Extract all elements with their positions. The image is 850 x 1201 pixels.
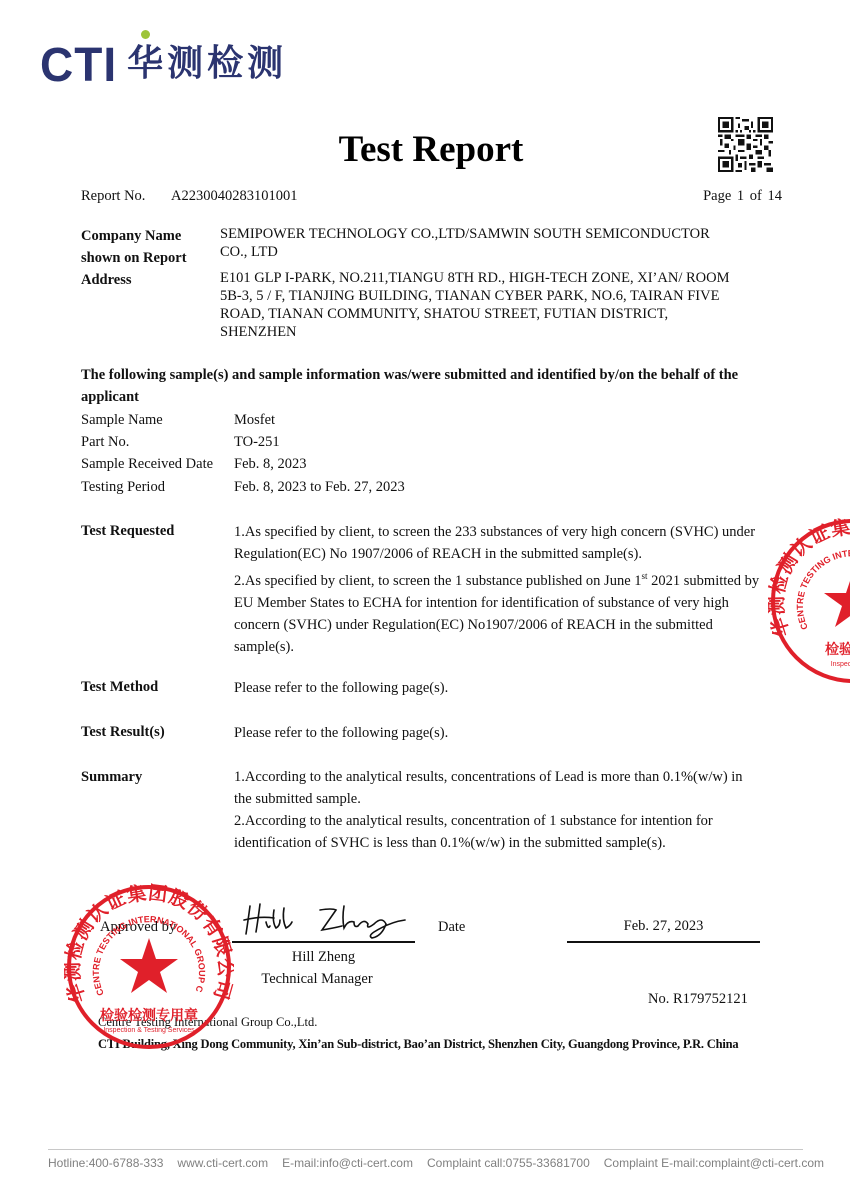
testing-period-label: Testing Period <box>81 476 165 498</box>
test-requested-label: Test Requested <box>81 523 174 540</box>
summary-line: identification of SVHC is less than 0.1%… <box>234 832 794 854</box>
test-requested-line: 1.As specified by client, to screen the … <box>234 521 794 543</box>
signature-line <box>232 941 415 943</box>
test-requested-text-part: 2.As specified by client, to screen the … <box>234 573 642 589</box>
serial-number: No. R179752121 <box>648 988 748 1010</box>
received-date-label: Sample Received Date <box>81 453 213 475</box>
signature-image <box>240 896 410 941</box>
company-name-label: Company Name <box>81 228 181 245</box>
test-requested-line: Regulation(EC) No 1907/2006 of REACH in … <box>234 543 794 565</box>
signer-title: Technical Manager <box>232 968 402 990</box>
summary-line: 2.According to the analytical results, c… <box>234 810 794 832</box>
summary-label: Summary <box>81 769 142 786</box>
footer-divider <box>48 1149 803 1150</box>
page-indicator: Page 1 of 14 <box>703 188 782 205</box>
date-line <box>567 941 760 943</box>
test-requested-text-part: 2021 submitted by <box>648 573 760 589</box>
summary-line: 1.According to the analytical results, c… <box>234 766 794 788</box>
address-line: SHENZHEN <box>220 324 297 342</box>
date-label: Date <box>438 916 465 938</box>
address-line: ROAD, TIANAN COMMUNITY, SHATOU STREET, F… <box>220 306 668 324</box>
stamp-cn-text: 华测检测认证集团股份有限公司 <box>64 882 234 1006</box>
sample-name-label: Sample Name <box>81 409 163 431</box>
footer-complaint-email-link[interactable]: Complaint E-mail:complaint@cti-cert.com <box>604 1156 824 1170</box>
report-no-label: Report No. <box>81 188 145 205</box>
company-name-line-1: SEMIPOWER TECHNOLOGY CO.,LTD/SAMWIN SOUT… <box>220 226 710 244</box>
address-label: Address <box>81 272 132 289</box>
part-no-value: TO-251 <box>234 431 280 453</box>
logo-dot <box>141 30 150 39</box>
sample-intro-2: applicant <box>81 389 139 406</box>
footer-complaint-call: Complaint call:0755-33681700 <box>427 1156 590 1170</box>
test-results-label: Test Result(s) <box>81 724 165 741</box>
side-stamp-en-text: CENTRE TESTING INTERN <box>795 548 850 631</box>
summary-text: 1.According to the analytical results, c… <box>234 766 794 854</box>
logo-cti-text: CTI <box>40 40 117 88</box>
company-logo: CTI 华测检测 <box>40 34 287 94</box>
company-name-label-2: shown on Report <box>81 250 187 267</box>
test-results-value: Please refer to the following page(s). <box>234 722 448 744</box>
page-footer: Hotline:400-6788-333 www.cti-cert.com E-… <box>48 1156 808 1170</box>
logo-chinese-text: 华测检测 <box>127 46 287 82</box>
approved-by-label: Approved by <box>100 916 176 938</box>
signer-name: Hill Zheng <box>232 946 415 968</box>
sample-name-value: Mosfet <box>234 409 275 431</box>
test-requested-line: concern (SVHC) under Regulation(EC) No19… <box>234 614 794 636</box>
test-method-value: Please refer to the following page(s). <box>234 677 448 699</box>
sample-intro: The following sample(s) and sample infor… <box>81 367 738 384</box>
address-line: 5B-3, 5 / F, TIANJING BUILDING, TIANAN C… <box>220 288 719 306</box>
svg-text:华测检测认证集团股份有限公司: 华测检测认证集团股份有限公司 <box>64 882 234 1006</box>
svg-text:CENTRE TESTING INTERNATIONAL G: CENTRE TESTING INTERNATIONAL GROUP CO., … <box>64 882 207 997</box>
company-name-line-2: CO., LTD <box>220 244 278 262</box>
report-no-value: A2230040283101001 <box>171 188 297 205</box>
page-title: Test Report <box>0 128 850 171</box>
stamp-en-text: CENTRE TESTING INTERNATIONAL GROUP CO., … <box>64 882 207 997</box>
company-footer-address: CTI Building, Xing Dong Community, Xin’a… <box>98 1037 738 1052</box>
test-requested-text: 1.As specified by client, to screen the … <box>234 521 794 658</box>
test-method-label: Test Method <box>81 679 158 696</box>
test-requested-line: 2.As specified by client, to screen the … <box>234 565 794 592</box>
footer-website-link[interactable]: www.cti-cert.com <box>177 1156 268 1170</box>
test-requested-line: EU Member States to ECHA for intention f… <box>234 592 794 614</box>
received-date-value: Feb. 8, 2023 <box>234 453 307 475</box>
date-value: Feb. 27, 2023 <box>567 915 760 937</box>
address-line: E101 GLP I-PARK, NO.211,TIANGU 8TH RD., … <box>220 270 729 288</box>
footer-hotline: Hotline:400-6788-333 <box>48 1156 163 1170</box>
test-requested-line: sample(s). <box>234 636 794 658</box>
side-stamp-bottom-en: Inspection & T <box>831 661 850 668</box>
part-no-label: Part No. <box>81 431 129 453</box>
summary-line: the submitted sample. <box>234 788 794 810</box>
side-stamp-bottom-cn: 检验检测 <box>825 641 850 658</box>
company-footer-name: Centre Testing International Group Co.,L… <box>98 1015 317 1030</box>
svg-text:CENTRE TESTING INTERN: CENTRE TESTING INTERN <box>795 548 850 631</box>
footer-email-link[interactable]: E-mail:info@cti-cert.com <box>282 1156 413 1170</box>
testing-period-value: Feb. 8, 2023 to Feb. 27, 2023 <box>234 476 405 498</box>
